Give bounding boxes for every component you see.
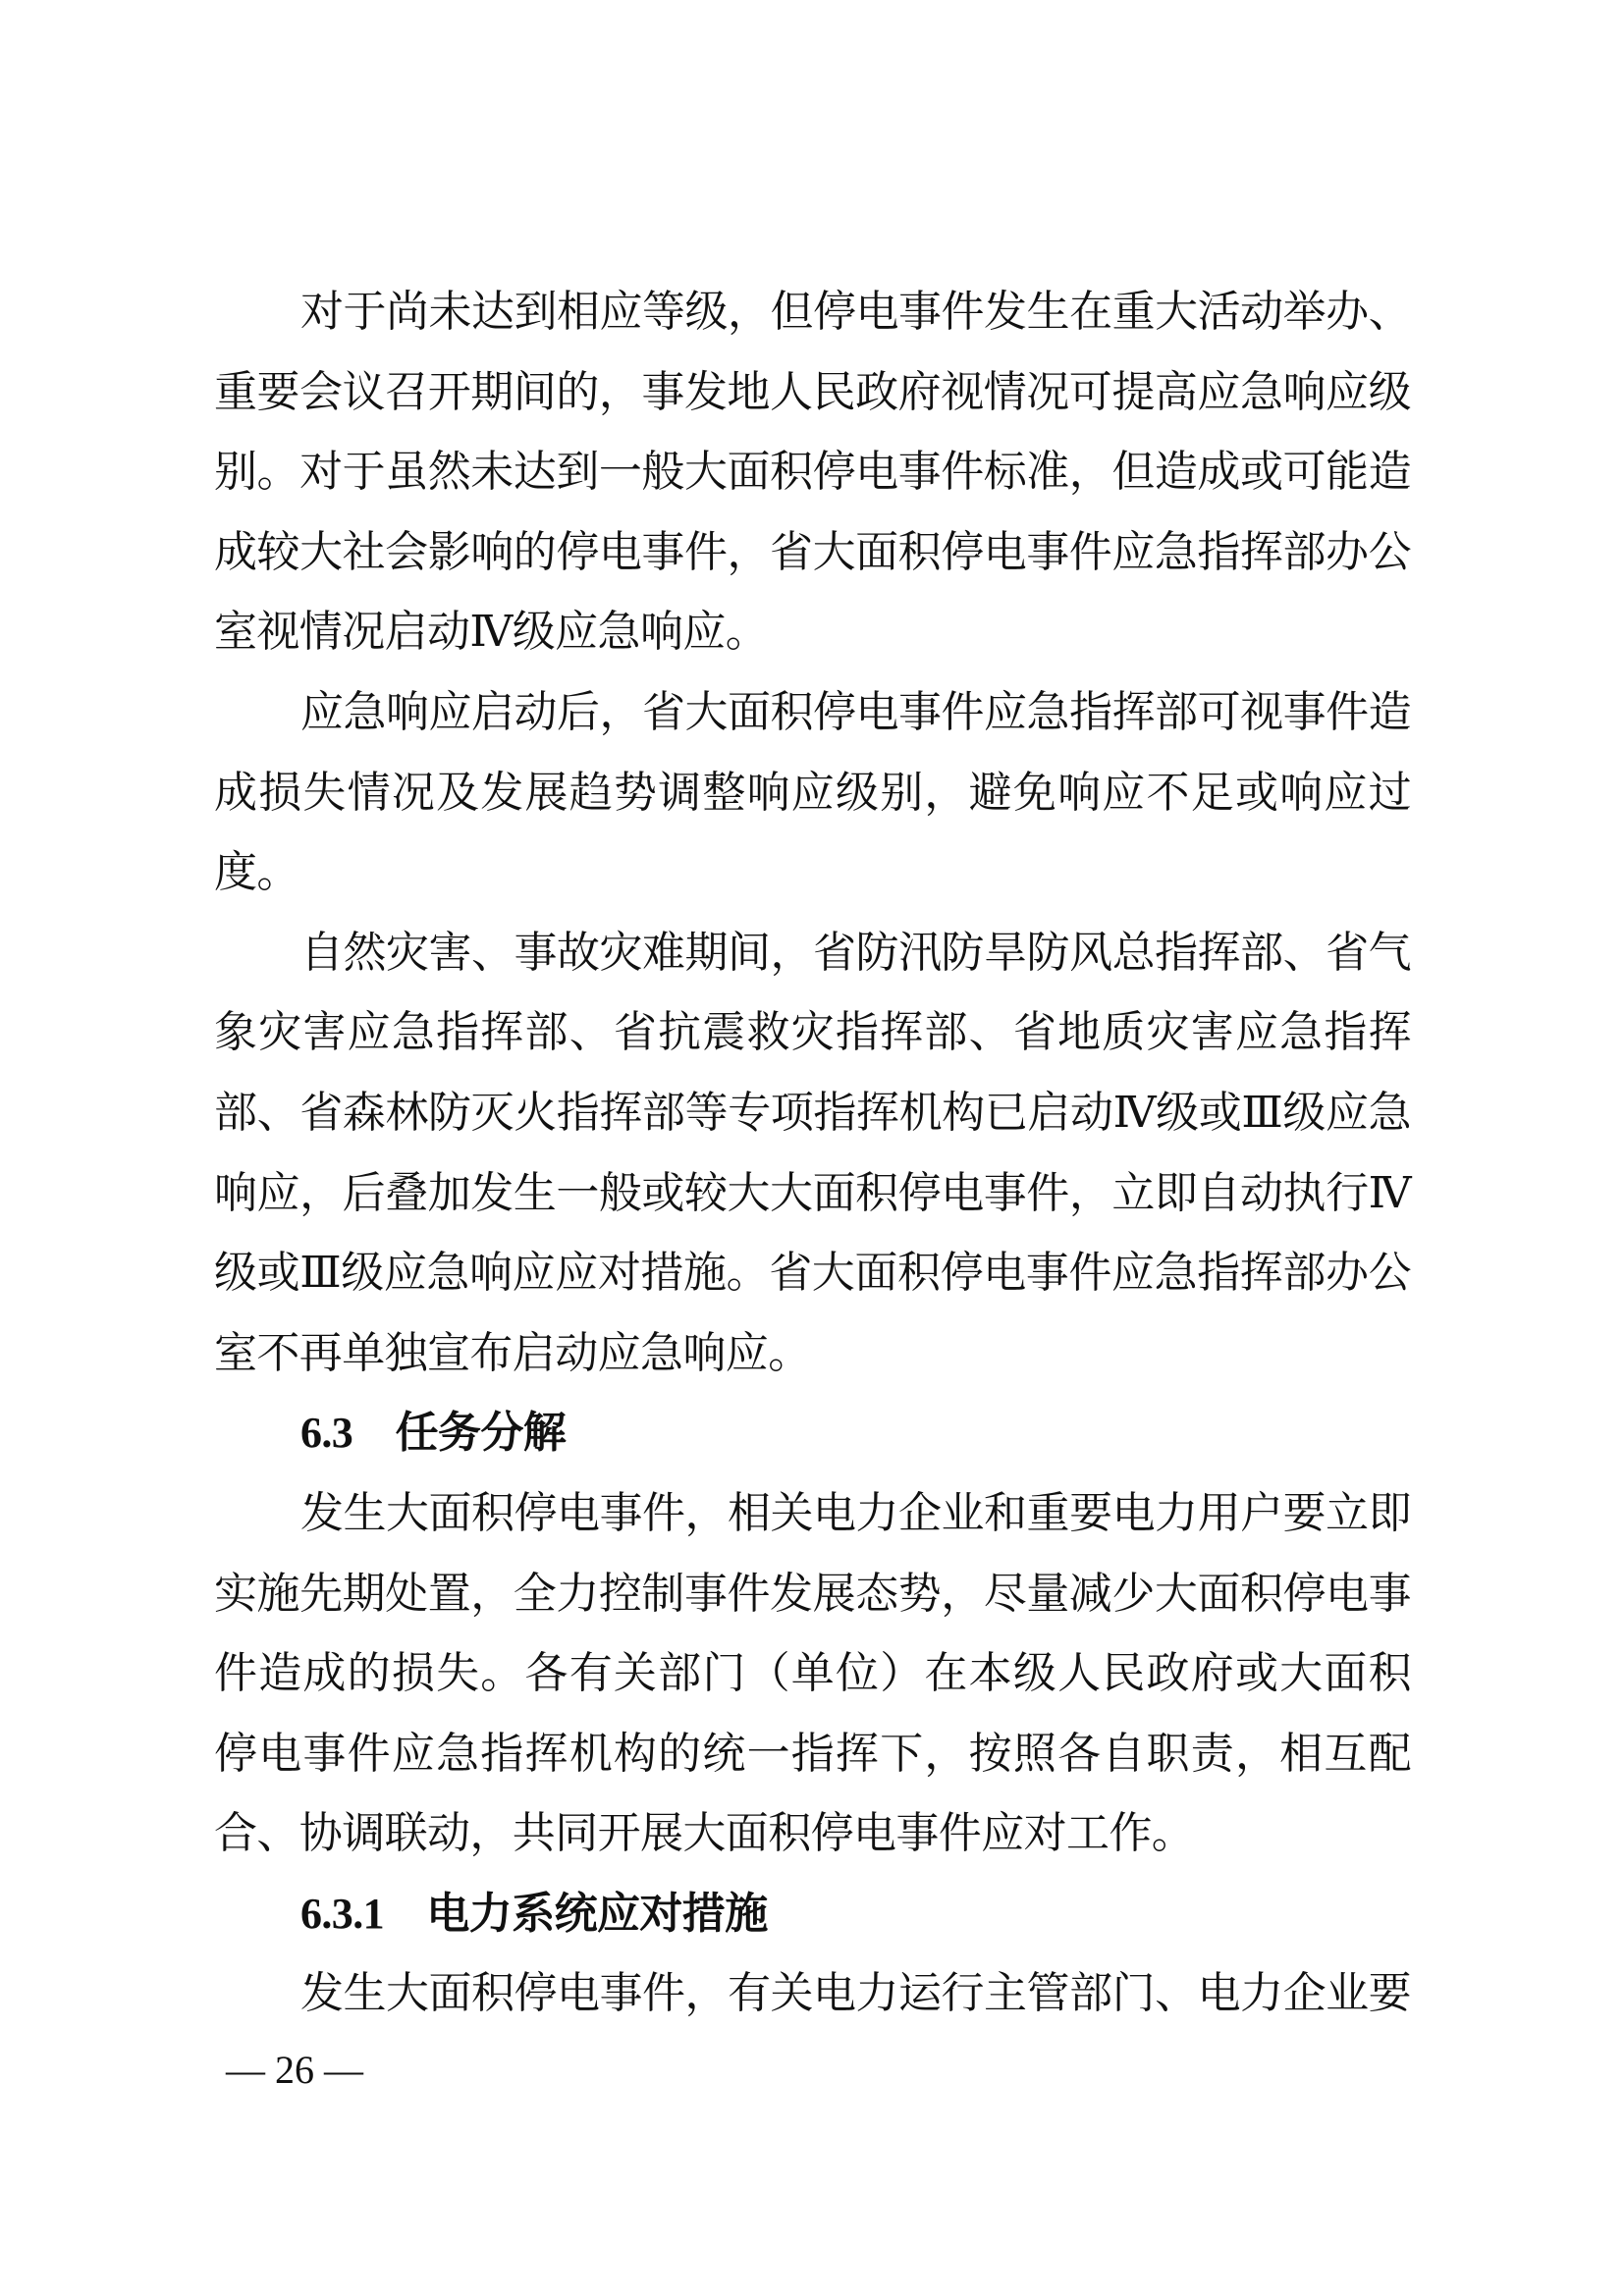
- document-line: 合、协调联动，共同开展大面积停电事件应对工作。: [214, 1793, 1411, 1874]
- document-line: 应急响应启动后，省大面积停电事件应急指挥部可视事件造: [214, 672, 1411, 753]
- document-text-block: 对于尚未达到相应等级，但停电事件发生在重大活动举办、 重要会议召开期间的，事发地…: [214, 272, 1411, 2034]
- heading-6-3-1: 6.3.1 电力系统应对措施: [214, 1874, 1411, 1954]
- document-line: 室不再单独宣布启动应急响应。: [214, 1313, 1411, 1394]
- document-line: 别。对于虽然未达到一般大面积停电事件标准，但造成或可能造: [214, 432, 1411, 512]
- document-line: 象灾害应急指挥部、省抗震救灾指挥部、省地质灾害应急指挥: [214, 992, 1411, 1073]
- document-line: 成损失情况及发展趋势调整响应级别，避免响应不足或响应过: [214, 753, 1411, 833]
- document-line: 部、省森林防灭火指挥部等专项指挥机构已启动Ⅳ级或Ⅲ级应急: [214, 1073, 1411, 1153]
- document-line: 停电事件应急指挥机构的统一指挥下，按照各自职责，相互配: [214, 1714, 1411, 1794]
- document-line: 响应，后叠加发生一般或较大大面积停电事件，立即自动执行Ⅳ: [214, 1153, 1411, 1234]
- document-line: 件造成的损失。各有关部门（单位）在本级人民政府或大面积: [214, 1633, 1411, 1714]
- document-page: 对于尚未达到相应等级，但停电事件发生在重大活动举办、 重要会议召开期间的，事发地…: [0, 0, 1624, 2296]
- page-number: — 26 —: [226, 2047, 363, 2093]
- document-line: 发生大面积停电事件，相关电力企业和重要电力用户要立即: [214, 1473, 1411, 1554]
- document-line: 重要会议召开期间的，事发地人民政府视情况可提高应急响应级: [214, 352, 1411, 433]
- document-line: 发生大面积停电事件，有关电力运行主管部门、电力企业要: [214, 1953, 1411, 2034]
- heading-6-3: 6.3 任务分解: [214, 1393, 1411, 1473]
- document-line: 成较大社会影响的停电事件，省大面积停电事件应急指挥部办公: [214, 512, 1411, 593]
- document-line: 实施先期处置，全力控制事件发展态势，尽量减少大面积停电事: [214, 1554, 1411, 1634]
- document-line: 级或Ⅲ级应急响应应对措施。省大面积停电事件应急指挥部办公: [214, 1233, 1411, 1313]
- document-line: 对于尚未达到相应等级，但停电事件发生在重大活动举办、: [214, 272, 1411, 352]
- document-line: 自然灾害、事故灾难期间，省防汛防旱防风总指挥部、省气: [214, 913, 1411, 993]
- document-line: 室视情况启动Ⅳ级应急响应。: [214, 592, 1411, 672]
- document-line: 度。: [214, 832, 1411, 913]
